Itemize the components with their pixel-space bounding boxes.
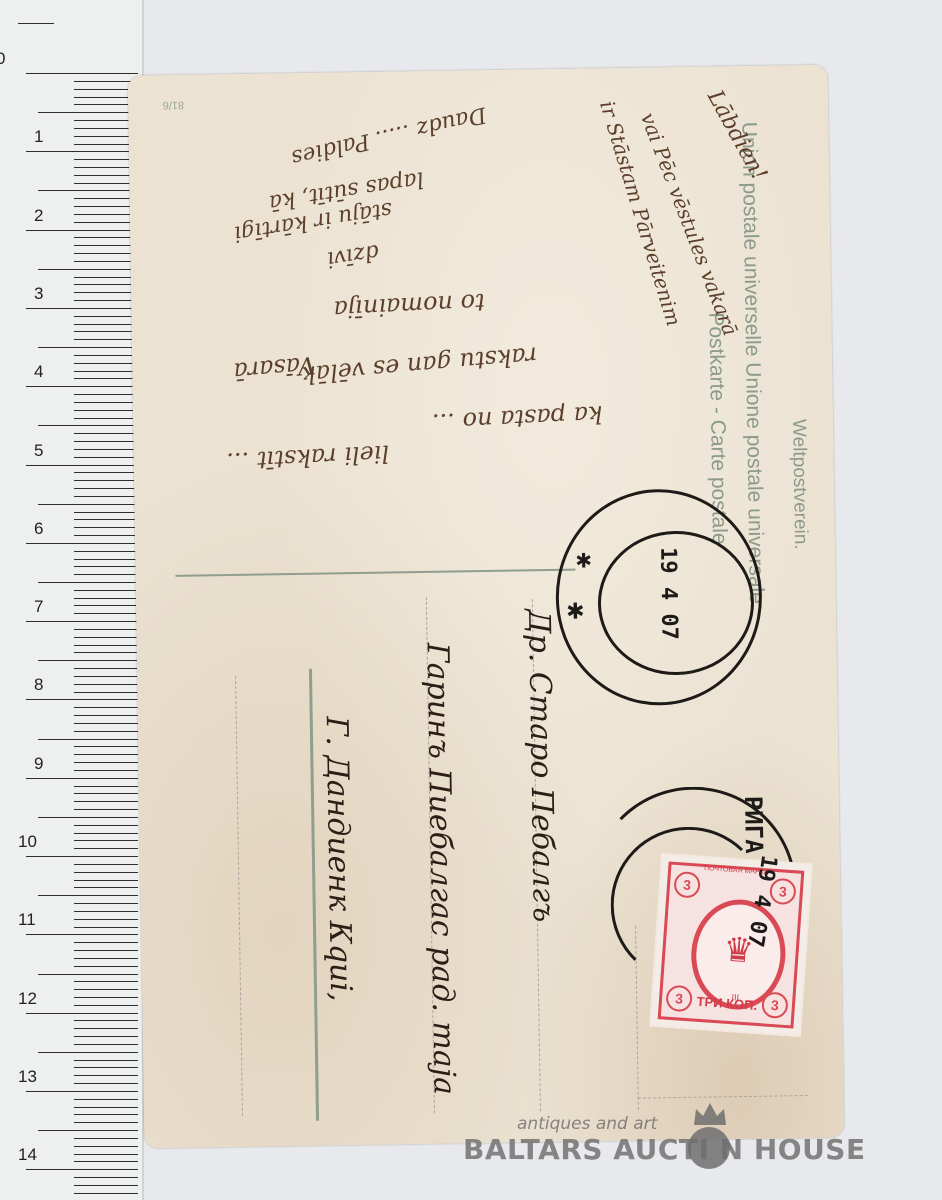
ruler-tick	[74, 488, 138, 489]
ruler-tick	[74, 950, 138, 951]
ruler-tick	[74, 1099, 138, 1100]
ruler-tick	[38, 425, 138, 426]
address-line-2: Гаринъ Пиебалгас рад. таја	[420, 642, 462, 1095]
ruler-label: 10	[18, 832, 37, 852]
ruler-tick	[26, 1169, 138, 1170]
ruler-label: 12	[18, 989, 37, 1009]
ruler-tick	[74, 1146, 138, 1147]
printed-weltpostverein: Weltpostverein.	[787, 419, 811, 550]
ruler-tick	[74, 1161, 138, 1162]
address-line	[235, 676, 243, 1116]
ruler-tick	[74, 574, 138, 575]
ruler-tick	[38, 1130, 138, 1131]
ruler-tick	[74, 245, 138, 246]
ruler-tick	[74, 449, 138, 450]
ruler-tick	[38, 660, 138, 661]
ruler-tick	[38, 269, 138, 270]
ruler-tick	[74, 551, 138, 552]
ruler-tick	[74, 966, 138, 967]
ruler-tick	[74, 872, 138, 873]
ruler-tick	[74, 864, 138, 865]
ruler-tick	[26, 699, 138, 700]
ruler-tick	[26, 1013, 138, 1014]
watermark-tagline: antiques and art	[517, 1114, 657, 1134]
handwriting-line: to nomainīja	[333, 288, 485, 324]
ruler-tick	[74, 668, 138, 669]
ruler-tick	[74, 848, 138, 849]
ruler-tick	[18, 23, 54, 24]
stamp-corner-value: 3	[673, 871, 701, 899]
ruler-tick	[74, 801, 138, 802]
ruler-tick	[74, 378, 138, 379]
ruler-tick	[26, 1091, 138, 1092]
ruler-tick	[74, 887, 138, 888]
ruler-tick	[26, 151, 138, 152]
ruler-tick	[26, 73, 138, 74]
ruler-label: 5	[34, 441, 43, 461]
postmark-place: РИГА	[739, 796, 768, 854]
ruler-tick	[74, 927, 138, 928]
ruler-tick	[74, 598, 138, 599]
ruler-tick	[74, 684, 138, 685]
ruler-tick	[74, 355, 138, 356]
ruler-tick	[74, 284, 138, 285]
ruler-tick	[74, 394, 138, 395]
ruler-tick	[74, 1177, 138, 1178]
ruler-tick	[74, 1193, 138, 1194]
ruler-tick	[74, 1020, 138, 1021]
ruler-label: 7	[34, 597, 43, 617]
ruler: 01234567891011121314	[0, 0, 144, 1200]
ruler-tick	[74, 535, 138, 536]
ruler-tick	[74, 613, 138, 614]
ruler-tick	[74, 786, 138, 787]
ruler-tick	[38, 582, 138, 583]
ruler-tick	[26, 308, 138, 309]
ruler-label: 3	[34, 284, 43, 304]
crown-icon	[692, 1103, 728, 1125]
ruler-tick	[74, 1060, 138, 1061]
ruler-tick	[74, 206, 138, 207]
ruler-tick	[74, 316, 138, 317]
ruler-tick	[74, 1083, 138, 1084]
ruler-tick	[74, 833, 138, 834]
ruler-tick	[74, 637, 138, 638]
ruler-label: 8	[34, 675, 43, 695]
ruler-tick	[74, 652, 138, 653]
ruler-tick	[74, 559, 138, 560]
ruler-tick	[74, 1122, 138, 1123]
ruler-label: 11	[18, 910, 36, 930]
ruler-tick	[74, 770, 138, 771]
stamp-box-line	[638, 1095, 808, 1099]
ruler-tick	[74, 214, 138, 215]
ruler-tick	[74, 676, 138, 677]
ruler-tick	[74, 1067, 138, 1068]
address-margin-line	[309, 669, 319, 1121]
ruler-label: 14	[18, 1145, 37, 1165]
series-number: 81/6	[163, 99, 185, 111]
ruler-tick	[74, 339, 138, 340]
ruler-tick	[74, 629, 138, 630]
ruler-label: 0	[0, 49, 5, 69]
watermark-brand: BALTARS AUCTI N HOUSE	[463, 1133, 866, 1166]
ruler-tick	[74, 1114, 138, 1115]
ruler-tick	[74, 253, 138, 254]
ruler-tick	[74, 1036, 138, 1037]
ruler-tick	[74, 363, 138, 364]
ruler-tick	[74, 692, 138, 693]
ruler-tick	[74, 371, 138, 372]
ruler-tick	[74, 1185, 138, 1186]
ruler-tick	[26, 856, 138, 857]
ruler-tick	[38, 895, 138, 896]
ruler-tick	[26, 543, 138, 544]
ruler-tick	[38, 190, 138, 191]
ruler-tick	[74, 723, 138, 724]
ruler-tick	[74, 410, 138, 411]
ruler-tick	[74, 1107, 138, 1108]
ruler-label: 6	[34, 519, 43, 539]
handwriting-line: dzīvi	[325, 239, 380, 272]
ruler-tick	[74, 793, 138, 794]
ruler-tick	[74, 261, 138, 262]
handwriting-line: rakstu gan es vēlāk -	[284, 341, 538, 390]
ruler-tick	[38, 974, 138, 975]
ruler-tick	[38, 504, 138, 505]
ruler-tick	[74, 527, 138, 528]
ruler-tick	[74, 300, 138, 301]
ruler-tick	[26, 386, 138, 387]
divider-line	[175, 569, 575, 577]
postmark-date: 19 4 07	[655, 547, 681, 640]
ruler-tick	[38, 347, 138, 348]
ruler-tick	[74, 457, 138, 458]
ruler-tick	[74, 519, 138, 520]
ruler-tick	[74, 746, 138, 747]
address-line-3: Г. Дандиенк Кqui,	[319, 716, 358, 1002]
ruler-tick	[74, 989, 138, 990]
ruler-tick	[74, 754, 138, 755]
ruler-tick	[74, 1005, 138, 1006]
ruler-tick	[74, 942, 138, 943]
ruler-tick	[74, 480, 138, 481]
ruler-tick	[74, 237, 138, 238]
ruler-label: 1	[34, 127, 43, 147]
star-icon: ✱	[566, 598, 585, 624]
ruler-label: 13	[18, 1067, 37, 1087]
ruler-tick	[74, 222, 138, 223]
ruler-tick	[74, 645, 138, 646]
postage-stamp: ПОЧТОВАЯ МАРКА 3 3 3 3 ♛ III ТРИ КОП. 19…	[649, 853, 813, 1037]
ruler-tick	[74, 472, 138, 473]
ruler-tick	[74, 825, 138, 826]
ruler-tick	[74, 496, 138, 497]
ruler-tick	[74, 731, 138, 732]
ruler-label: 2	[34, 206, 43, 226]
ruler-tick	[74, 198, 138, 199]
ruler-tick	[74, 1044, 138, 1045]
ruler-tick	[74, 880, 138, 881]
ruler-tick	[74, 324, 138, 325]
ruler-tick	[74, 292, 138, 293]
ruler-tick	[74, 958, 138, 959]
ruler-tick	[74, 402, 138, 403]
ruler-tick	[74, 911, 138, 912]
star-icon: ✱	[575, 548, 592, 573]
address-line-1: Др. Старо Пебалгъ	[521, 609, 561, 923]
ruler-tick	[38, 817, 138, 818]
ruler-tick	[74, 1028, 138, 1029]
ruler-tick	[74, 590, 138, 591]
ruler-tick	[74, 981, 138, 982]
ruler-tick	[74, 418, 138, 419]
ruler-tick	[26, 230, 138, 231]
ruler-tick	[74, 441, 138, 442]
ruler-tick	[74, 433, 138, 434]
ruler-tick	[26, 934, 138, 935]
ruler-tick	[26, 778, 138, 779]
ruler-tick	[74, 809, 138, 810]
ruler-tick	[74, 81, 138, 82]
ruler-tick	[26, 465, 138, 466]
ruler-label: 4	[34, 362, 43, 382]
handwriting-line: lieli rakstīt ...	[226, 440, 390, 476]
ruler-tick	[26, 621, 138, 622]
ruler-tick	[74, 762, 138, 763]
ruler-tick	[74, 715, 138, 716]
handwriting-line: ka pasta no ...	[432, 400, 604, 437]
ruler-tick	[74, 1138, 138, 1139]
ruler-tick	[38, 1052, 138, 1053]
ruler-tick	[38, 739, 138, 740]
ruler-tick	[38, 112, 138, 113]
ruler-tick	[74, 605, 138, 606]
ruler-tick	[74, 919, 138, 920]
ruler-tick	[74, 566, 138, 567]
ruler-tick	[74, 707, 138, 708]
ruler-tick	[74, 331, 138, 332]
ruler-tick	[74, 277, 138, 278]
handwriting-line: Daudz ..... Paldies	[289, 102, 489, 171]
ruler-tick	[74, 1154, 138, 1155]
ruler-tick	[74, 997, 138, 998]
ruler-tick	[74, 840, 138, 841]
ruler-tick	[74, 1075, 138, 1076]
ruler-tick	[74, 512, 138, 513]
ruler-label: 9	[34, 754, 43, 774]
ruler-tick	[74, 903, 138, 904]
